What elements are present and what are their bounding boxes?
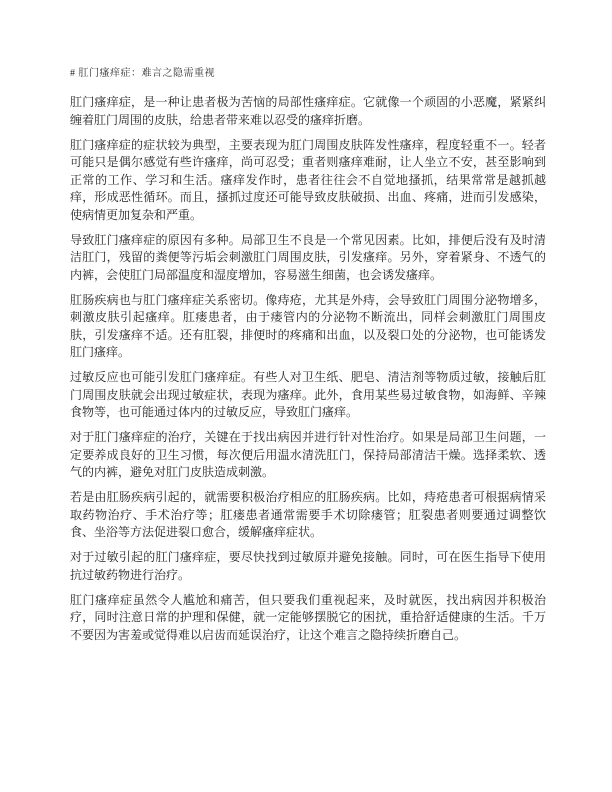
paragraph-intro: 肛门瘙痒症，是一种让患者极为苦恼的局部性瘙痒症。它就像一个顽固的小恶魔，紧紧纠缠… [70, 94, 546, 129]
paragraph-causes-anorectal: 肛肠疾病也与肛门瘙痒症关系密切。像痔疮，尤其是外痔，会导致肛门周围分泌物增多，刺… [70, 292, 546, 362]
paragraph-treatment-disease: 若是由肛肠疾病引起的，就需要积极治疗相应的肛肠疾病。比如，痔疮患者可根据病情采取… [70, 489, 546, 542]
document-body: 肛门瘙痒症，是一种让患者极为苦恼的局部性瘙痒症。它就像一个顽固的小恶魔，紧紧纠缠… [70, 94, 546, 644]
document-title: # 肛门瘙痒症：难言之隐需重视 [70, 68, 546, 80]
paragraph-causes-allergy: 过敏反应也可能引发肛门瘙痒症。有些人对卫生纸、肥皂、清洁剂等物质过敏，接触后肛门… [70, 369, 546, 422]
document-page: # 肛门瘙痒症：难言之隐需重视 肛门瘙痒症，是一种让患者极为苦恼的局部性瘙痒症。… [0, 0, 612, 792]
paragraph-conclusion: 肛门瘙痒症虽然令人尴尬和痛苦，但只要我们重视起来，及时就医，找出病因并积极治疗，… [70, 592, 546, 645]
paragraph-treatment-hygiene: 对于肛门瘙痒症的治疗，关键在于找出病因并进行针对性治疗。如果是局部卫生问题，一定… [70, 429, 546, 482]
paragraph-symptoms: 肛门瘙痒症的症状较为典型，主要表现为肛门周围皮肤阵发性瘙痒，程度轻重不一。轻者可… [70, 137, 546, 225]
paragraph-causes-hygiene: 导致肛门瘙痒症的原因有多种。局部卫生不良是一个常见因素。比如，排便后没有及时清洁… [70, 232, 546, 285]
paragraph-treatment-allergy: 对于过敏引起的肛门瘙痒症，要尽快找到过敏原并避免接触。同时，可在医生指导下使用抗… [70, 549, 546, 584]
